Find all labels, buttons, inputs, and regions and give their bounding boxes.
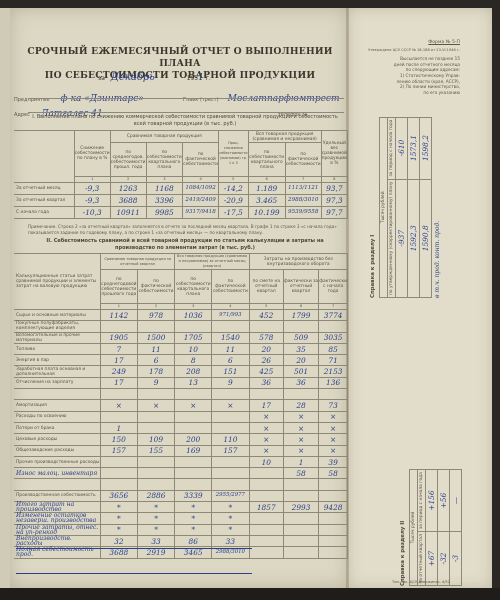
table-row [14, 479, 348, 490]
row-label: Сырье и основные материалы [14, 310, 100, 321]
row-label: Прочие затраты, отнес. на уп-ренкод [14, 524, 100, 535]
cell: 85 [319, 343, 348, 354]
cell [137, 422, 175, 433]
cell: -20,9 [219, 195, 249, 207]
cell: 978 [137, 310, 175, 321]
cell [249, 479, 283, 490]
table-row [14, 389, 348, 400]
cell: -9,3 [74, 195, 110, 207]
cell: × [319, 445, 348, 456]
cell: × [249, 434, 283, 445]
cell: * [175, 524, 212, 535]
s1-group1-header: Сравнимая товарная продукция [110, 131, 218, 143]
table-row: Энергия в пар17686262071 [14, 355, 348, 366]
s1-col6-header: по фактической себестоимости [285, 143, 321, 177]
cell: — [450, 470, 462, 532]
ref2-col1-header: за отчетный квартал [418, 532, 426, 586]
ref2-group-header: Тысяч рублей [410, 470, 418, 586]
cell: 93,7 [321, 183, 347, 195]
table-row: С начала года -10,3 10911 9985 9317/9418… [14, 207, 348, 219]
cell [212, 456, 250, 467]
cell: 578 [249, 332, 283, 343]
cell [137, 321, 175, 332]
cell: -14,2 [219, 183, 249, 195]
cell: 86 [175, 535, 212, 546]
cell: 1799 [283, 310, 318, 321]
table-row: Изменение остатков незаверш. производств… [14, 513, 348, 524]
cell [249, 513, 283, 524]
s2-c7-header: фактически с начала года [319, 270, 348, 304]
cell: 10 [249, 456, 283, 467]
cell: 17 [100, 355, 137, 366]
cell [283, 479, 318, 490]
cell: +156 [426, 470, 438, 532]
cell: * [100, 513, 137, 524]
cell [137, 389, 175, 400]
cell: * [100, 524, 137, 535]
cell: -610 [396, 117, 408, 179]
cell: 1 [100, 422, 137, 433]
cell: * [212, 502, 250, 513]
ref1-col1-header: по утвержденному (скорректированному) пл… [388, 179, 396, 297]
row-label: Расходы по освоению [14, 411, 100, 422]
cell [319, 389, 348, 400]
cell: 249 [100, 366, 137, 377]
cell [175, 389, 212, 400]
cell: 73 [319, 400, 348, 411]
row-label: Общезаводские расходы [14, 445, 100, 456]
cell: 17 [100, 377, 137, 388]
s1-group2-header: Вся товарная продукция (сравнимая и неср… [248, 131, 321, 143]
address-underline [28, 112, 344, 113]
cell: 1500 [137, 332, 175, 343]
cell [175, 468, 212, 479]
row-label: Вспомогательные и прочие материалы [14, 332, 100, 343]
cell: 208 [175, 366, 212, 377]
cell [175, 456, 212, 467]
cell: 150 [100, 434, 137, 445]
cell: 8 [175, 355, 212, 366]
section2-body: Сырье и основные материалы11429781036971… [14, 310, 348, 559]
cell [175, 422, 212, 433]
cell [212, 321, 250, 332]
cell [249, 468, 283, 479]
cell: 33 [212, 535, 250, 546]
row-label: Производственная себестоимость [14, 490, 100, 501]
cell: 1142 [100, 310, 137, 321]
cell: 9 [212, 377, 250, 388]
cell: 9428 [319, 502, 348, 513]
title-line-1: СРОЧНЫЙ ЕЖЕМЕСЯЧНЫЙ ОТЧЕТ О ВЫПОЛНЕНИИ П… [20, 46, 340, 70]
cell: 7 [100, 343, 137, 354]
cell [249, 535, 283, 546]
row-label: Отчисления на зарплату [14, 377, 100, 388]
row-label: С начала года [14, 207, 74, 219]
cell: 1263 [110, 183, 146, 195]
cell: * [137, 524, 175, 535]
cell: 3.465 [248, 195, 285, 207]
cell: 178 [137, 366, 175, 377]
cell: 26 [249, 355, 283, 366]
cell: 10911 [110, 207, 146, 219]
cell: +56 [438, 470, 450, 532]
cell: * [137, 513, 175, 524]
cell: 1905 [100, 332, 137, 343]
cell: 169 [175, 445, 212, 456]
section2-title: II. Себестоимость сравнимой и всей товар… [30, 238, 340, 251]
s2-c5-header: по смете на отчетный квартал [249, 270, 283, 304]
cell: 9 [137, 377, 175, 388]
row-label: Покупные полуфабрикаты, комплектующие из… [14, 321, 100, 332]
cell: 110 [212, 434, 250, 445]
cell [319, 513, 348, 524]
cell: × [283, 434, 318, 445]
row-label: Топливо [14, 343, 100, 354]
cell: 509 [283, 332, 318, 343]
cell [212, 479, 250, 490]
table-row: Итого затрат на производство****18572993… [14, 502, 348, 513]
s1-label-header [14, 131, 74, 183]
s1-col7-header: Удельный вес сравнимой продукции в % [321, 131, 347, 177]
cell [100, 479, 137, 490]
cell: 157 [212, 445, 250, 456]
cell [175, 479, 212, 490]
period-line: за Декабрь 1951 г. [98, 72, 298, 83]
cell [319, 547, 348, 558]
cell [283, 513, 318, 524]
s2-c6-header: фактически за отчетный квартал [283, 270, 318, 304]
cell: 3774 [319, 310, 348, 321]
cell: 9539/9558 [285, 207, 321, 219]
cell [137, 468, 175, 479]
cell [212, 468, 250, 479]
row-label: Итого затрат на производство [14, 502, 100, 513]
cell: 971/993 [212, 310, 250, 321]
s1-col1-header: по среднегодов. себестоимости прошл. год… [110, 143, 146, 177]
cell: 28 [283, 400, 318, 411]
cell: 1592,3 [408, 179, 420, 297]
reference2-title: Справка к разделу II [400, 469, 406, 586]
ref1-handwritten-note: в т.ч. прод. конт. прод. [434, 117, 441, 298]
reference1-title: Справка к разделу I [370, 117, 376, 298]
cell: 1705 [175, 332, 212, 343]
s1-col5-header: по себестоимости квартального плана [248, 143, 285, 177]
reference1-table: Тысяч рублей по утвержденному (скорректи… [379, 117, 432, 298]
cell: 501 [283, 366, 318, 377]
cell: × [100, 400, 137, 411]
table-row: Прочие затраты, отнес. на уп-ренкод**** [14, 524, 348, 535]
cell [175, 411, 212, 422]
cell: 2993 [283, 502, 318, 513]
section2-table: Калькуляционные статьи затрат сравнимой … [14, 253, 348, 559]
cell: 13 [175, 377, 212, 388]
cell: * [175, 502, 212, 513]
cell [319, 490, 348, 501]
cell: 155 [137, 445, 175, 456]
cell: 3396 [146, 195, 183, 207]
row-label: Прочие производственные расходы [14, 456, 100, 467]
cell [283, 535, 318, 546]
cell: × [283, 422, 318, 433]
print-footer: Тип. зак. ЦСУ Дзержинск. 4/52 [392, 580, 450, 584]
row-label: За отчетный квартал [14, 195, 74, 207]
cell: 2886 [137, 490, 175, 501]
cell: 1084/1092 [183, 183, 219, 195]
year-field[interactable]: 1 [198, 73, 204, 83]
month-field[interactable]: Декабрь [111, 72, 155, 83]
form-number: Форма № 5-П [352, 40, 460, 46]
reference2-block: Справка к разделу II Тысяч рублей за отч… [400, 469, 462, 586]
cell [283, 321, 318, 332]
cell: 1857 [249, 502, 283, 513]
row-label [14, 389, 100, 400]
cell: -32 [438, 532, 450, 586]
ref2-col2-header: за период с начала года [418, 470, 426, 532]
cell [319, 535, 348, 546]
cell: 3339 [175, 490, 212, 501]
section1-title: I. Выполнение плана по снижению коммерче… [30, 114, 340, 127]
cell: 71 [319, 355, 348, 366]
cell [100, 321, 137, 332]
cell: 10 [175, 343, 212, 354]
table-row: Потери от брака1××× [14, 422, 348, 433]
cell: 1590,8 [420, 179, 432, 297]
s1-col0-header: Снижение себестоимости по плану в % [74, 131, 110, 177]
cell: 97,7 [321, 207, 347, 219]
ref1-group-header: Тысяч рублей [380, 117, 388, 297]
cell: 1036 [175, 310, 212, 321]
row-label: Заработная плата основная и дополнительн… [14, 366, 100, 377]
underline-mark [16, 573, 252, 574]
cell: 3656 [100, 490, 137, 501]
cell: 17 [249, 400, 283, 411]
cell: 452 [249, 310, 283, 321]
row-label: Энергия в пар [14, 355, 100, 366]
s2-group2-header: Вся товарная продукция (сравнимая и неср… [175, 254, 249, 270]
table-row: Общезаводские расходы157155169157××× [14, 445, 348, 456]
table-row: За отчетный месяц -9,3 1263 1168 1084/10… [14, 183, 348, 195]
cell: 10.199 [248, 207, 285, 219]
cell [283, 389, 318, 400]
row-label: Изменение остатков незаверш. производств… [14, 513, 100, 524]
s2-c1-header: по среднегодовой себестоимости прошлого … [100, 270, 137, 304]
reference1-block: Справка к разделу I Тысяч рублей по утве… [370, 117, 441, 298]
cell: 97,3 [321, 195, 347, 207]
cell [137, 456, 175, 467]
s2-c4-header: по фактической себестоимости [212, 270, 250, 304]
cell: 33 [137, 535, 175, 546]
table-row: За отчетный квартал -9,3 3688 3396 2419/… [14, 195, 348, 207]
table-row: Износ малоц. инвентаря5858 [14, 468, 348, 479]
cell: × [212, 400, 250, 411]
table-row: Расходы по освоению××× [14, 411, 348, 422]
row-label: Цеховые расходы [14, 434, 100, 445]
cell [283, 547, 318, 558]
cell [319, 524, 348, 535]
cell: 1 [283, 456, 318, 467]
table-row: Отчисления на зарплату1791393636136 [14, 377, 348, 388]
cell: * [137, 502, 175, 513]
cell: 1113/1121 [285, 183, 321, 195]
cell [249, 524, 283, 535]
cell [137, 411, 175, 422]
cell [100, 389, 137, 400]
underline-mark [16, 548, 252, 549]
cell [319, 479, 348, 490]
cell: -17,5 [219, 207, 249, 219]
s1-col2-header: по себестоимости квартального плана [146, 143, 183, 177]
section1-note: Примечание. Строка 2 «за отчетный кварта… [28, 224, 344, 235]
cell: 3035 [319, 332, 348, 343]
cell: 157 [100, 445, 137, 456]
s1-col3-header: по фактической себестоимости [183, 143, 219, 177]
cell: 9317/9418 [183, 207, 219, 219]
cell: 2988/3010 [285, 195, 321, 207]
cell: 36 [283, 377, 318, 388]
cell [137, 479, 175, 490]
cell: × [175, 400, 212, 411]
cell [319, 321, 348, 332]
cell: -937 [396, 179, 408, 297]
cell: × [249, 422, 283, 433]
table-row: Внепроизводств. расходы32338633 [14, 535, 348, 546]
section1-table: Снижение себестоимости по плану в % Срав… [14, 130, 348, 219]
cell: 1.189 [248, 183, 285, 195]
cell: * [175, 513, 212, 524]
cell: 6 [137, 355, 175, 366]
cell: × [249, 411, 283, 422]
cell: × [283, 411, 318, 422]
cell: -10,3 [74, 207, 110, 219]
cell: * [212, 524, 250, 535]
table-row: Прочие производственные расходы10139 [14, 456, 348, 467]
cell: 1168 [146, 183, 183, 195]
enterprise-line: Предприятие ф-ка «Дзинтарс» Главк (трест… [14, 86, 344, 98]
cell: * [212, 513, 250, 524]
s2-group3-header: Затраты на производство без внутризаводс… [249, 254, 347, 270]
cell: * [100, 502, 137, 513]
cell: × [283, 445, 318, 456]
table-row: Заработная плата основная и дополнительн… [14, 366, 348, 377]
cell: 58 [283, 468, 318, 479]
cell [100, 468, 137, 479]
cell: 200 [175, 434, 212, 445]
cell [100, 411, 137, 422]
background-strip [0, 588, 500, 600]
cell: 2955/2977 [212, 490, 250, 501]
s2-label-header: Калькуляционные статьи затрат сравнимой … [14, 254, 100, 310]
cell: 1573,1 [408, 117, 420, 179]
cell: × [319, 411, 348, 422]
cell: 9985 [146, 207, 183, 219]
cell: 11 [212, 343, 250, 354]
row-label: Внепроизводств. расходы [14, 535, 100, 546]
cell [100, 456, 137, 467]
row-label: Потери от брака [14, 422, 100, 433]
form-approval: Утверждена ЦСУ СССР № 18-188 от 23.VI.19… [352, 48, 460, 54]
row-label: За отчетный месяц [14, 183, 74, 195]
cell: 151 [212, 366, 250, 377]
cell [249, 547, 283, 558]
cell: × [319, 422, 348, 433]
cell: 136 [319, 377, 348, 388]
cell [249, 490, 283, 501]
cell: 39 [319, 456, 348, 467]
row-label [14, 479, 100, 490]
s2-c2-header: по фактической себестоимости [137, 270, 175, 304]
cell [249, 389, 283, 400]
s2-c3-header: по себестоимости квартального плана [175, 270, 212, 304]
instruction-line: по его указанию [352, 90, 460, 96]
cell: +67 [426, 532, 438, 586]
cell [175, 321, 212, 332]
table-row: Покупные полуфабрикаты, комплектующие из… [14, 321, 348, 332]
cell: 2153 [319, 366, 348, 377]
cell: 32 [100, 535, 137, 546]
cell [212, 411, 250, 422]
table-row: Сырье и основные материалы11429781036971… [14, 310, 348, 321]
year-unit: г. [206, 75, 211, 82]
cell: × [319, 434, 348, 445]
cell: 58 [319, 468, 348, 479]
cell: 2419/2409 [183, 195, 219, 207]
table-row: Цеховые расходы150109200110××× [14, 434, 348, 445]
table-row: Вспомогательные и прочие материалы190515… [14, 332, 348, 343]
ref1-col2-header: за период с начала года [388, 117, 396, 179]
cell: 1540 [212, 332, 250, 343]
row-label: Износ малоц. инвентаря [14, 468, 100, 479]
cell: 11 [137, 343, 175, 354]
cell: 109 [137, 434, 175, 445]
period-prefix: за [98, 75, 105, 82]
s2-group1-header: Сравнимая товарная продукция за отчетный… [100, 254, 174, 270]
cell [212, 389, 250, 400]
cell [283, 524, 318, 535]
cell: × [249, 445, 283, 456]
table-row: Амортизация××××172873 [14, 400, 348, 411]
year-prefix: 195 [187, 75, 198, 82]
cell [249, 321, 283, 332]
cell: 36 [249, 377, 283, 388]
reference2-table: Тысяч рублей за отчетный квартал за пери… [409, 469, 462, 586]
row-label: Амортизация [14, 400, 100, 411]
cell: 1598,2 [420, 117, 432, 179]
cell: -9,3 [74, 183, 110, 195]
cell: 6 [212, 355, 250, 366]
cell: 35 [283, 343, 318, 354]
cell: × [137, 400, 175, 411]
s1-col4-header: Проц. снижения себестоимости (экономии) … [219, 131, 249, 177]
cell: 20 [249, 343, 283, 354]
enterprise-underline [28, 98, 344, 99]
table-row: Топливо7111011203585 [14, 343, 348, 354]
form-info: Форма № 5-П Утверждена ЦСУ СССР № 18-188… [352, 40, 460, 95]
cell: 3688 [110, 195, 146, 207]
cell [212, 422, 250, 433]
table-row: Производственная себестоимость3656288633… [14, 490, 348, 501]
cell: 20 [283, 355, 318, 366]
cell [283, 490, 318, 501]
cell: -3 [450, 532, 462, 586]
cell: 425 [249, 366, 283, 377]
